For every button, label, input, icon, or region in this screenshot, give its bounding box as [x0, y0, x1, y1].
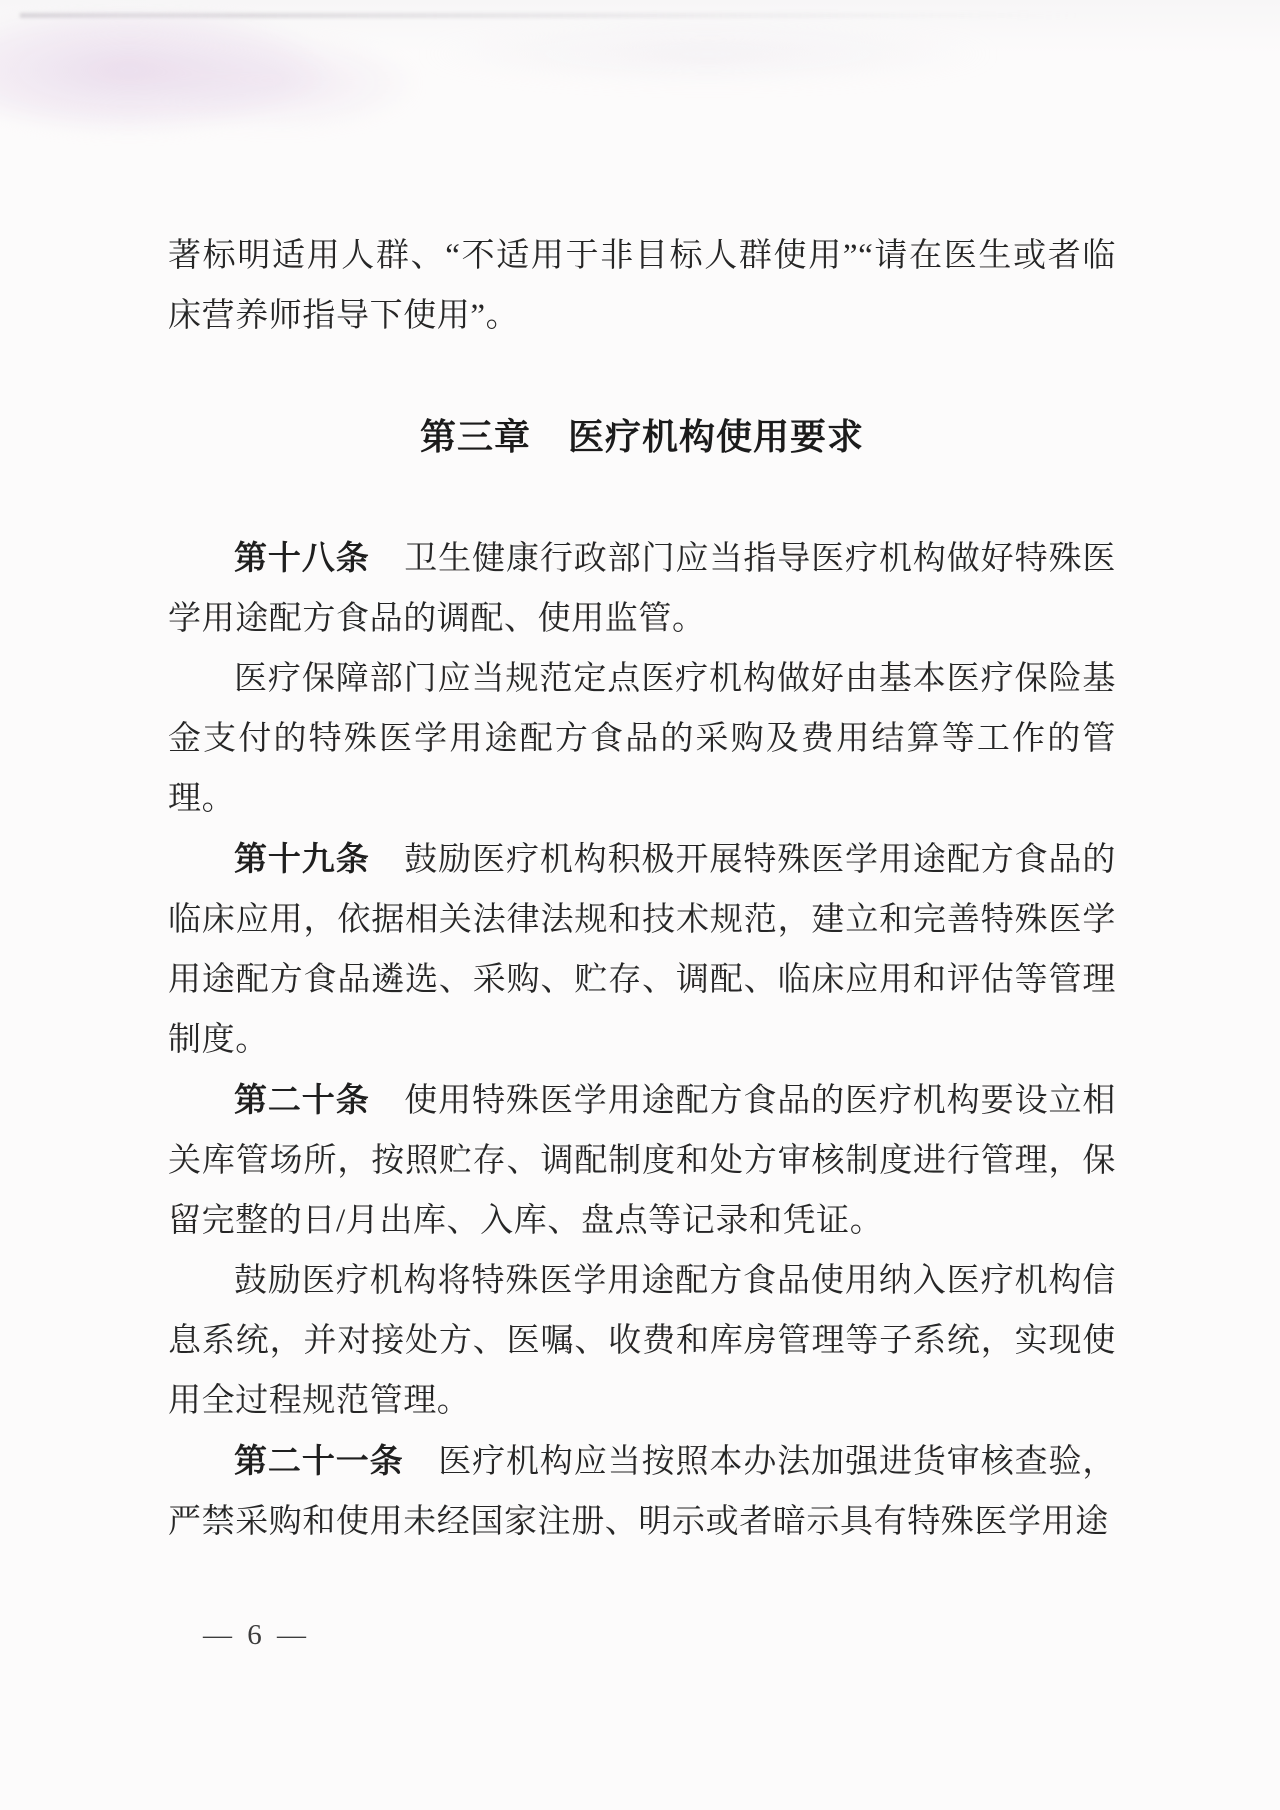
scanned-document-screenshot: { "page": { "number_label": "— 6 —", "co… — [0, 0, 1280, 1810]
article-18-label: 第十八条 — [234, 539, 370, 576]
paragraph-article-20: 第二十条使用特殊医学用途配方食品的医疗机构要设立相关库管场所，按照贮存、调配制度… — [168, 1070, 1116, 1251]
article-21-label: 第二十一条 — [234, 1442, 404, 1479]
article-20-label: 第二十条 — [234, 1081, 370, 1118]
document-content: 著标明适用人群、“不适用于非目标人群使用”“请在医生或者临床营养师指导下使用”。… — [168, 226, 1116, 1653]
paragraph-information-system: 鼓励医疗机构将特殊医学用途配方食品使用纳入医疗机构信息系统，并对接处方、医嘱、收… — [168, 1251, 1116, 1431]
paragraph-article-19: 第十九条鼓励医疗机构积极开展特殊医学用途配方食品的临床应用，依据相关法律法规和技… — [168, 829, 1116, 1070]
paragraph-continuation: 著标明适用人群、“不适用于非目标人群使用”“请在医生或者临床营养师指导下使用”。 — [168, 226, 1116, 346]
paragraph-information-system-text: 鼓励医疗机构将特殊医学用途配方食品使用纳入医疗机构信息系统，并对接处方、医嘱、收… — [168, 1263, 1116, 1419]
article-19-label: 第十九条 — [234, 840, 370, 877]
paragraph-article-18: 第十八条卫生健康行政部门应当指导医疗机构做好特殊医学用途配方食品的调配、使用监管… — [168, 528, 1116, 649]
chapter-heading: 第三章 医疗机构使用要求 — [168, 407, 1116, 467]
paragraph-medical-insurance-text: 医疗保障部门应当规范定点医疗机构做好由基本医疗保险基金支付的特殊医学用途配方食品… — [168, 661, 1116, 817]
page-number: — 6 — — [203, 1617, 1116, 1653]
scan-artifact-top-edge-line — [20, 13, 1080, 18]
document-page: 著标明适用人群、“不适用于非目标人群使用”“请在医生或者临床营养师指导下使用”。… — [0, 0, 1280, 1810]
paragraph-medical-insurance: 医疗保障部门应当规范定点医疗机构做好由基本医疗保险基金支付的特殊医学用途配方食品… — [168, 649, 1116, 829]
paragraph-continuation-text: 著标明适用人群、“不适用于非目标人群使用”“请在医生或者临床营养师指导下使用”。 — [168, 238, 1116, 334]
scan-artifact-smudge — [0, 14, 415, 139]
scan-artifact-streak — [420, 20, 1060, 105]
paragraph-article-21: 第二十一条医疗机构应当按照本办法加强进货审核查验，严禁采购和使用未经国家注册、明… — [168, 1431, 1116, 1552]
